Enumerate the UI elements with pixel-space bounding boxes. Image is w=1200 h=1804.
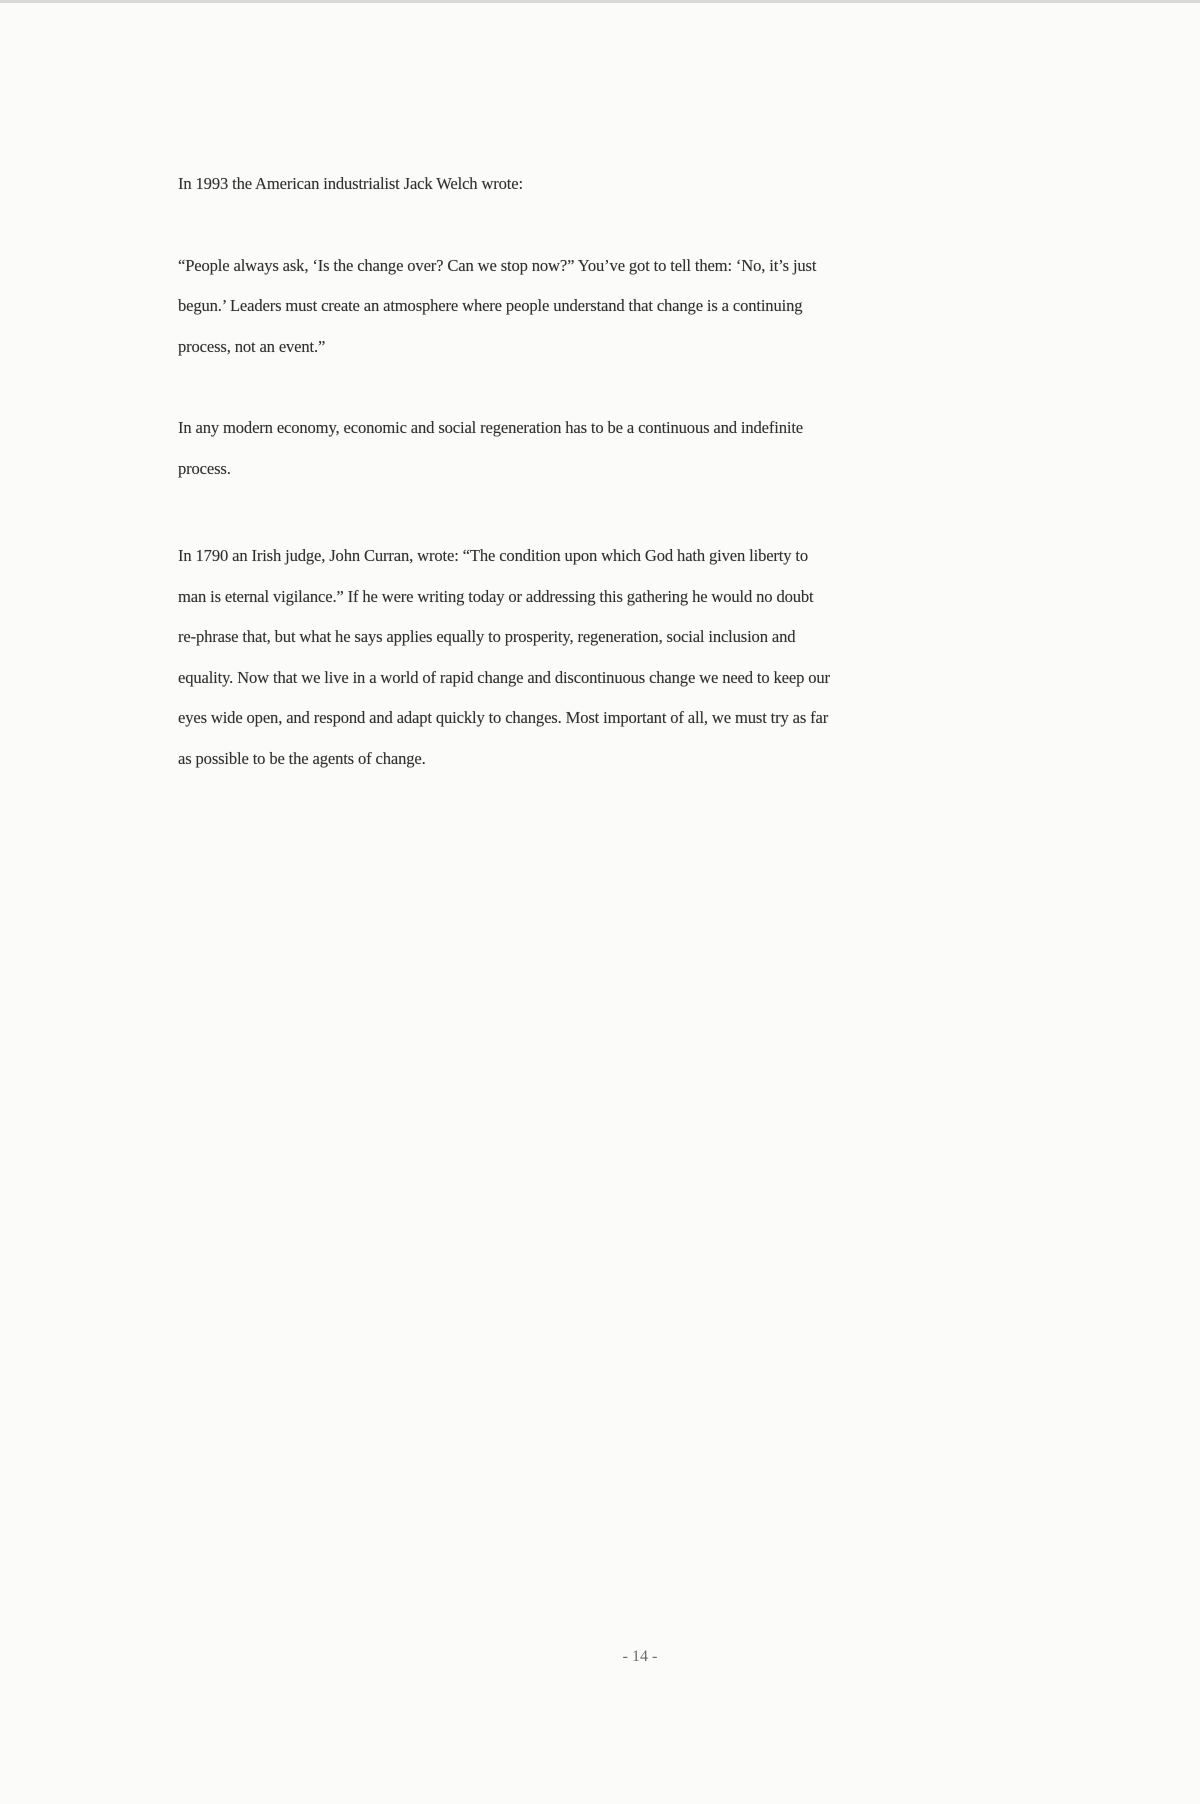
text-line: In 1993 the American industrialist Jack … [178,164,1138,205]
text-line: process. [178,449,1138,490]
text-line: re-phrase that, but what he says applies… [178,617,1138,658]
document-body: In 1993 the American industrialist Jack … [178,164,1138,779]
paragraph-curran: In 1790 an Irish judge, John Curran, wro… [178,536,1138,779]
text-line: “People always ask, ‘Is the change over?… [178,246,1138,287]
text-line: equality. Now that we live in a world of… [178,658,1138,699]
paragraph-welch-quote: “People always ask, ‘Is the change over?… [178,246,1138,368]
paragraph-intro-welch: In 1993 the American industrialist Jack … [178,164,1138,205]
paragraph-regeneration-statement: In any modern economy, economic and soci… [178,408,1138,489]
text-line: as possible to be the agents of change. [178,739,1138,780]
text-line: eyes wide open, and respond and adapt qu… [178,698,1138,739]
text-line: man is eternal vigilance.” If he were wr… [178,577,1138,618]
page-number: - 14 - [0,1648,1200,1666]
scan-border [0,0,1200,3]
text-line: In any modern economy, economic and soci… [178,408,1138,449]
text-line: process, not an event.” [178,327,1138,368]
text-line: In 1790 an Irish judge, John Curran, wro… [178,536,1138,577]
text-line: begun.’ Leaders must create an atmospher… [178,286,1138,327]
